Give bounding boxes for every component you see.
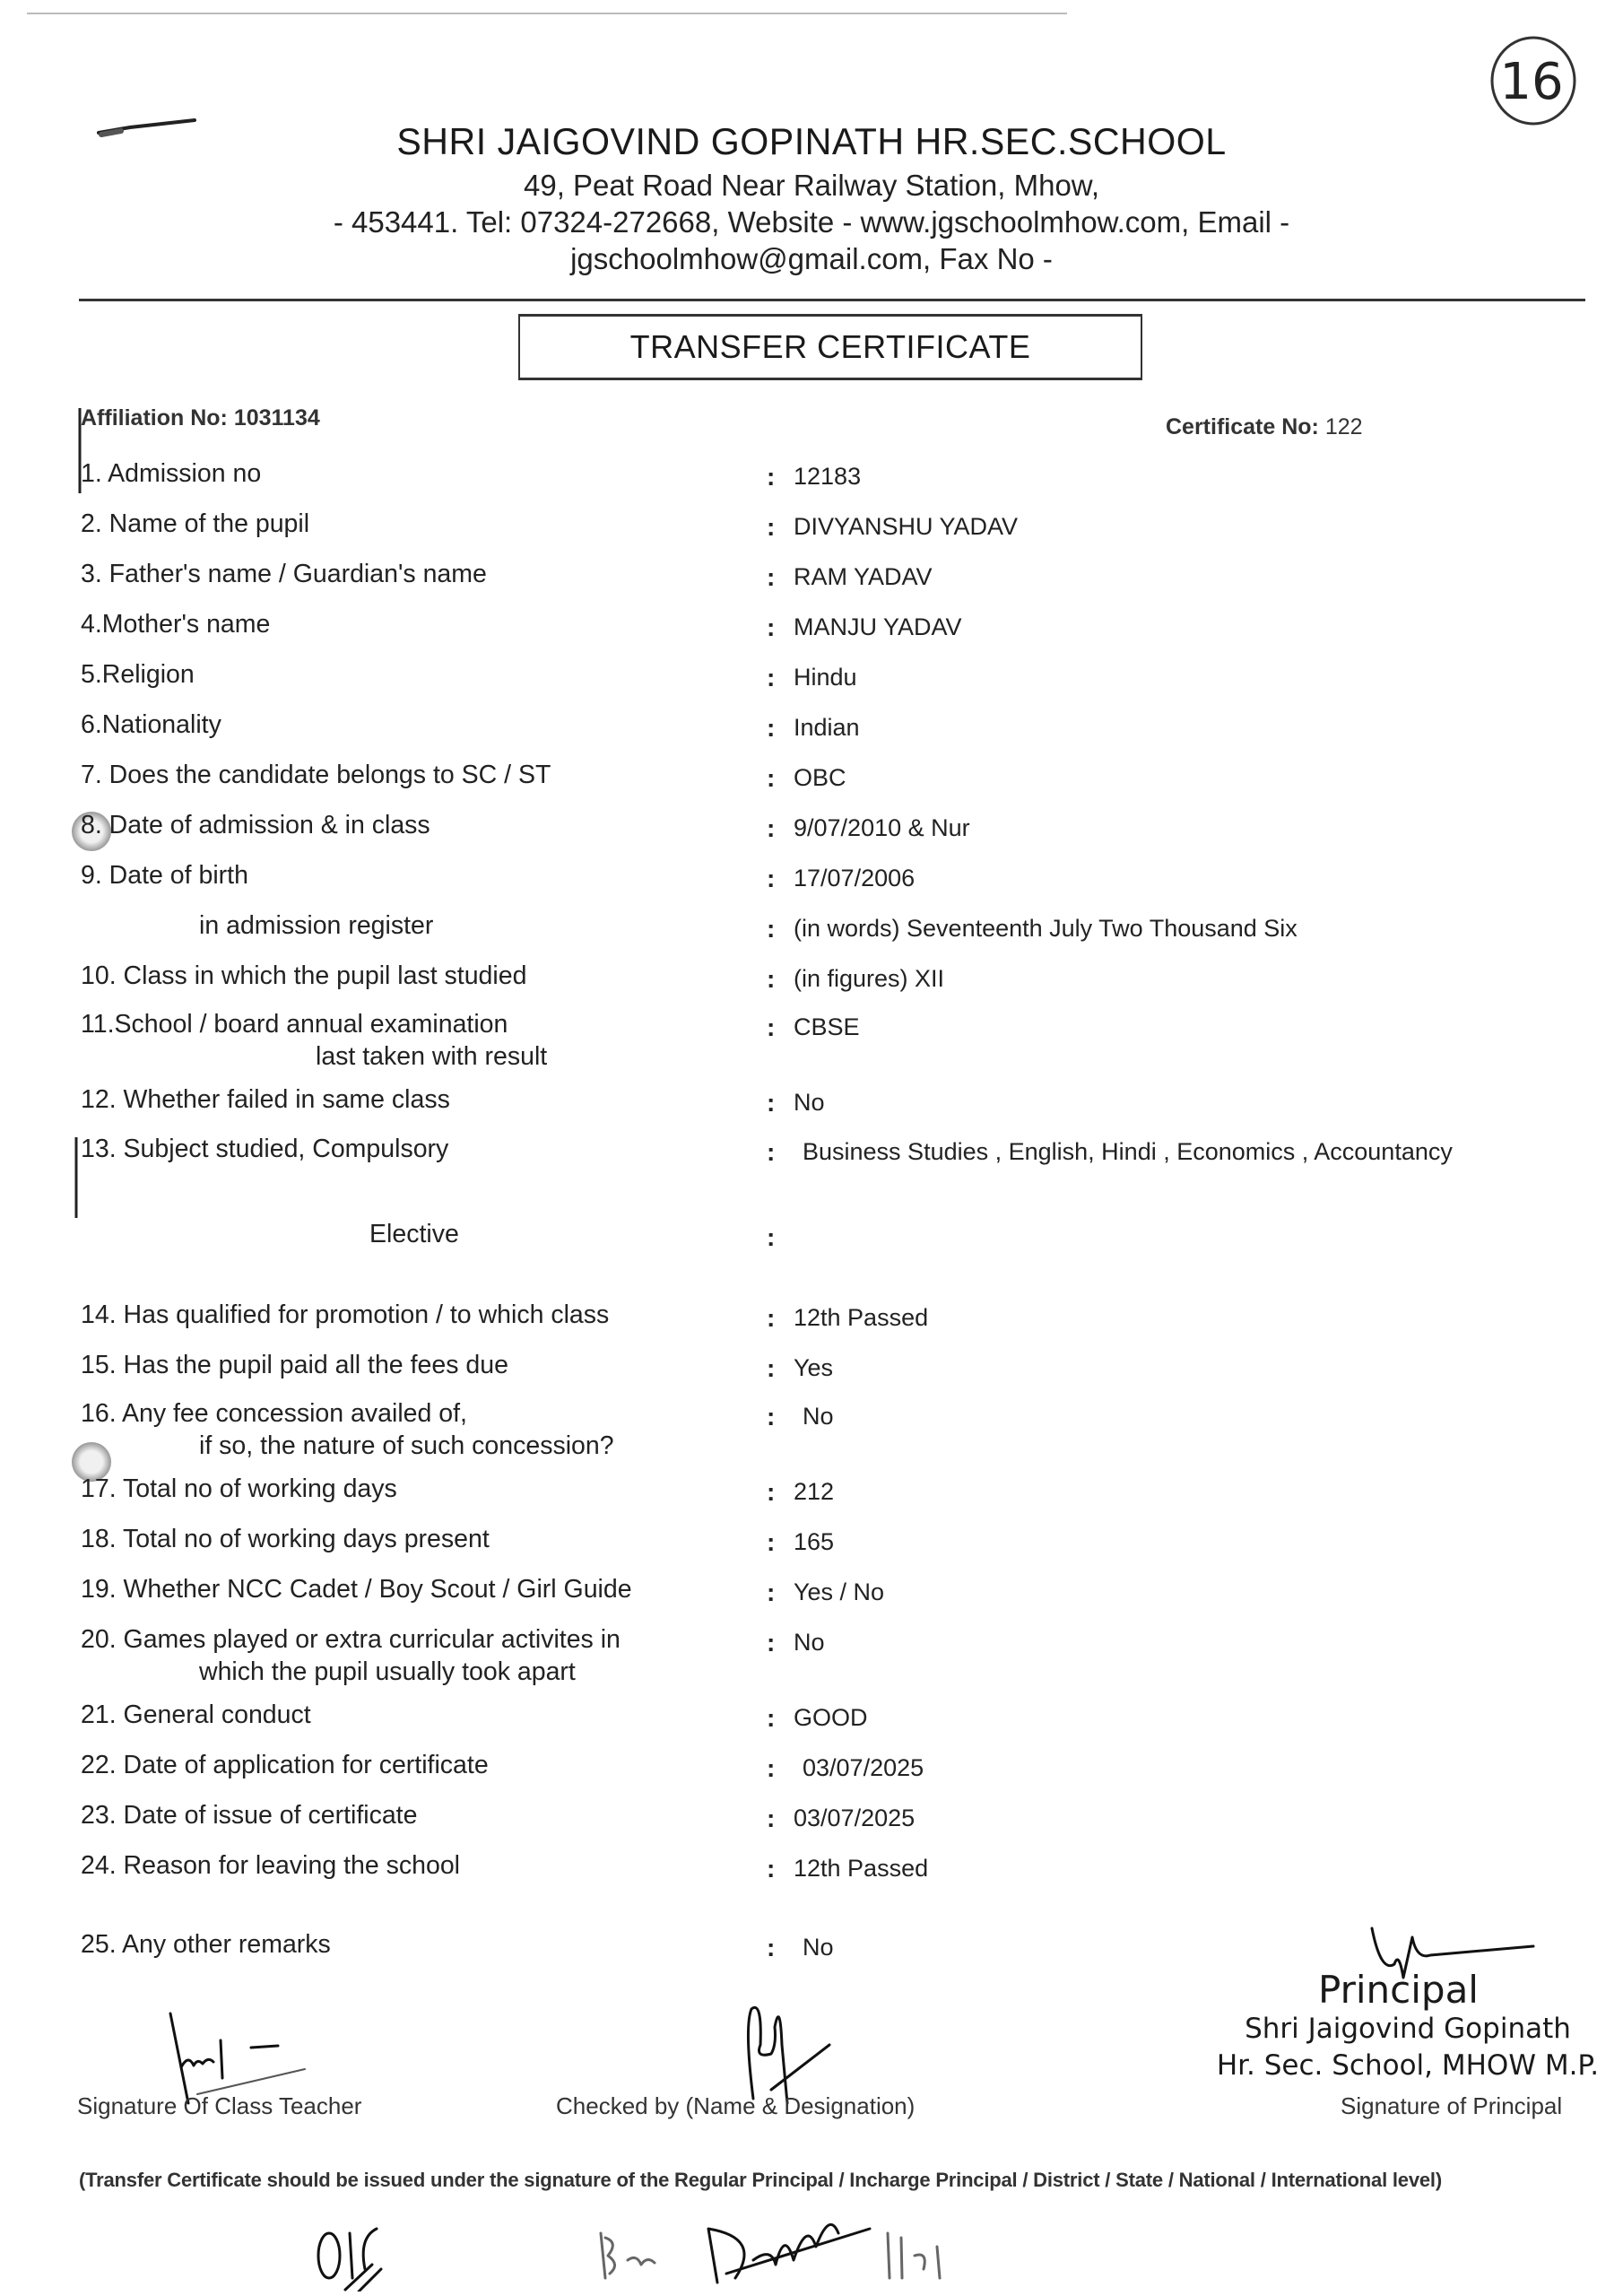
field-value: 03/07/2025 bbox=[794, 1805, 915, 1832]
field-label: in admission register bbox=[199, 911, 433, 941]
field-separator: : bbox=[767, 915, 775, 944]
field-separator: : bbox=[767, 865, 775, 893]
principal-signature-label: Signature of Principal bbox=[1341, 2092, 1562, 2120]
field-separator: : bbox=[767, 1478, 775, 1507]
field-separator: : bbox=[767, 965, 775, 994]
field-value: 165 bbox=[794, 1528, 834, 1556]
field-label: 3. Father's name / Guardian's name bbox=[81, 560, 487, 589]
affiliation-value: 1031134 bbox=[234, 405, 320, 430]
field-label: 24. Reason for leaving the school bbox=[81, 1851, 460, 1881]
field-value: Hindu bbox=[794, 664, 857, 691]
field-separator: : bbox=[767, 1403, 775, 1431]
field-value: Yes / No bbox=[794, 1578, 884, 1606]
header-divider bbox=[79, 299, 1585, 301]
school-address-line1: 49, Peat Road Near Railway Station, Mhow… bbox=[0, 169, 1623, 203]
student-acknowledgement-signature bbox=[592, 2193, 1148, 2292]
affiliation-number: Affiliation No: 1031134 bbox=[81, 405, 320, 431]
field-label: 9. Date of birth bbox=[81, 861, 248, 891]
field-separator: : bbox=[767, 1629, 775, 1657]
field-label: 17. Total no of working days bbox=[81, 1474, 397, 1504]
field-label-continued: last taken with result bbox=[316, 1042, 547, 1072]
field-value: 12th Passed bbox=[794, 1304, 928, 1332]
field-value: Business Studies , English, Hindi , Econ… bbox=[803, 1138, 1453, 1166]
field-value: CBSE bbox=[794, 1013, 860, 1041]
field-separator: : bbox=[767, 1805, 775, 1833]
field-value: 17/07/2006 bbox=[794, 865, 915, 892]
field-value: DIVYANSHU YADAV bbox=[794, 513, 1018, 541]
field-label: 12. Whether failed in same class bbox=[81, 1085, 450, 1115]
field-separator: : bbox=[767, 1354, 775, 1383]
field-label: 7. Does the candidate belongs to SC / ST bbox=[81, 761, 551, 790]
field-label: 21. General conduct bbox=[81, 1700, 311, 1730]
field-separator: : bbox=[767, 664, 775, 692]
page-number-marker: 16 bbox=[1487, 30, 1580, 127]
field-separator: : bbox=[767, 814, 775, 843]
certificate-number: Certificate No: 122 bbox=[1166, 414, 1363, 440]
page-number-text: 16 bbox=[1499, 53, 1563, 111]
field-label-continued: if so, the nature of such concession? bbox=[199, 1431, 614, 1461]
field-separator: : bbox=[767, 1138, 775, 1167]
field-label: 22. Date of application for certificate bbox=[81, 1751, 489, 1780]
field-value: No bbox=[803, 1403, 834, 1431]
field-label: 18. Total no of working days present bbox=[81, 1525, 490, 1554]
certificate-value: 122 bbox=[1325, 414, 1363, 439]
field-label: 10. Class in which the pupil last studie… bbox=[81, 961, 526, 991]
field-value: GOOD bbox=[794, 1704, 868, 1732]
field-label: 14. Has qualified for promotion / to whi… bbox=[81, 1300, 609, 1330]
document-title: TRANSFER CERTIFICATE bbox=[518, 314, 1142, 380]
field-separator: : bbox=[767, 1754, 775, 1783]
field-value: (in figures) XII bbox=[794, 965, 944, 993]
field-label: 16. Any fee concession availed of, bbox=[81, 1399, 467, 1429]
field-separator: : bbox=[767, 1855, 775, 1883]
field-value: No bbox=[794, 1089, 825, 1117]
field-value: 12183 bbox=[794, 463, 861, 491]
field-label: 1. Admission no bbox=[81, 459, 261, 489]
field-separator: : bbox=[767, 1304, 775, 1333]
principal-stamp-title: Principal bbox=[1318, 1968, 1479, 2012]
field-value: No bbox=[794, 1629, 825, 1657]
field-label: 19. Whether NCC Cadet / Boy Scout / Girl… bbox=[81, 1575, 632, 1605]
field-value: Yes bbox=[794, 1354, 833, 1382]
school-name: SHRI JAIGOVIND GOPINATH HR.SEC.SCHOOL bbox=[16, 120, 1607, 163]
field-separator: : bbox=[767, 1934, 775, 1962]
field-value: 212 bbox=[794, 1478, 834, 1506]
certificate-label: Certificate No: bbox=[1166, 414, 1319, 439]
field-separator: : bbox=[767, 1013, 775, 1042]
handwritten-oc-mark bbox=[309, 2202, 408, 2292]
field-separator: : bbox=[767, 1704, 775, 1733]
field-label: 4.Mother's name bbox=[81, 610, 270, 639]
field-value: 9/07/2010 & Nur bbox=[794, 814, 970, 842]
field-separator: : bbox=[767, 1578, 775, 1607]
document-title-text: TRANSFER CERTIFICATE bbox=[630, 328, 1031, 366]
field-value: (in words) Seventeenth July Two Thousand… bbox=[794, 915, 1298, 943]
field-separator: : bbox=[767, 1089, 775, 1118]
field-label: 11.School / board annual examination bbox=[81, 1010, 508, 1039]
field-value: OBC bbox=[794, 764, 846, 792]
field-value: Indian bbox=[794, 714, 860, 742]
school-address-line3: jgschoolmhow@gmail.com, Fax No - bbox=[0, 242, 1623, 276]
field-value: MANJU YADAV bbox=[794, 613, 962, 641]
field-separator: : bbox=[767, 764, 775, 793]
class-teacher-signature-label: Signature Of Class Teacher bbox=[77, 2092, 361, 2120]
field-label: 15. Has the pupil paid all the fees due bbox=[81, 1351, 508, 1380]
principal-stamp-line2: Hr. Sec. School, MHOW M.P. bbox=[1202, 2049, 1614, 2082]
field-label: 2. Name of the pupil bbox=[81, 509, 309, 539]
field-label-continued: which the pupil usually took apart bbox=[199, 1657, 576, 1687]
field-value: 12th Passed bbox=[794, 1855, 928, 1883]
field-separator: : bbox=[767, 513, 775, 542]
field-label: 5.Religion bbox=[81, 660, 195, 690]
field-separator: : bbox=[767, 613, 775, 642]
field-label: 20. Games played or extra curricular act… bbox=[81, 1625, 621, 1655]
field-label: 25. Any other remarks bbox=[81, 1930, 331, 1960]
school-address-line2: - 453441. Tel: 07324-272668, Website - w… bbox=[0, 205, 1623, 239]
field-separator: : bbox=[767, 714, 775, 743]
field-value: No bbox=[803, 1934, 834, 1961]
field-label: 8. Date of admission & in class bbox=[81, 811, 430, 840]
scan-top-edge bbox=[27, 13, 1067, 14]
principal-stamp-line1: Shri Jaigovind Gopinath bbox=[1202, 2013, 1614, 2045]
field-separator: : bbox=[767, 463, 775, 491]
field-label: 23. Date of issue of certificate bbox=[81, 1801, 417, 1831]
field-label: Elective bbox=[369, 1220, 459, 1249]
field-separator: : bbox=[767, 1223, 775, 1252]
field-label: 6.Nationality bbox=[81, 710, 221, 740]
binder-mark bbox=[72, 1137, 81, 1218]
field-label: 13. Subject studied, Compulsory bbox=[81, 1135, 448, 1164]
field-separator: : bbox=[767, 1528, 775, 1557]
affiliation-label: Affiliation No: bbox=[81, 405, 228, 430]
checked-by-label: Checked by (Name & Designation) bbox=[556, 2092, 915, 2120]
footer-note: (Transfer Certificate should be issued u… bbox=[79, 2169, 1442, 2192]
field-value: RAM YADAV bbox=[794, 563, 933, 591]
checked-by-signature bbox=[735, 1991, 843, 2108]
field-separator: : bbox=[767, 563, 775, 592]
field-value: 03/07/2025 bbox=[803, 1754, 924, 1782]
